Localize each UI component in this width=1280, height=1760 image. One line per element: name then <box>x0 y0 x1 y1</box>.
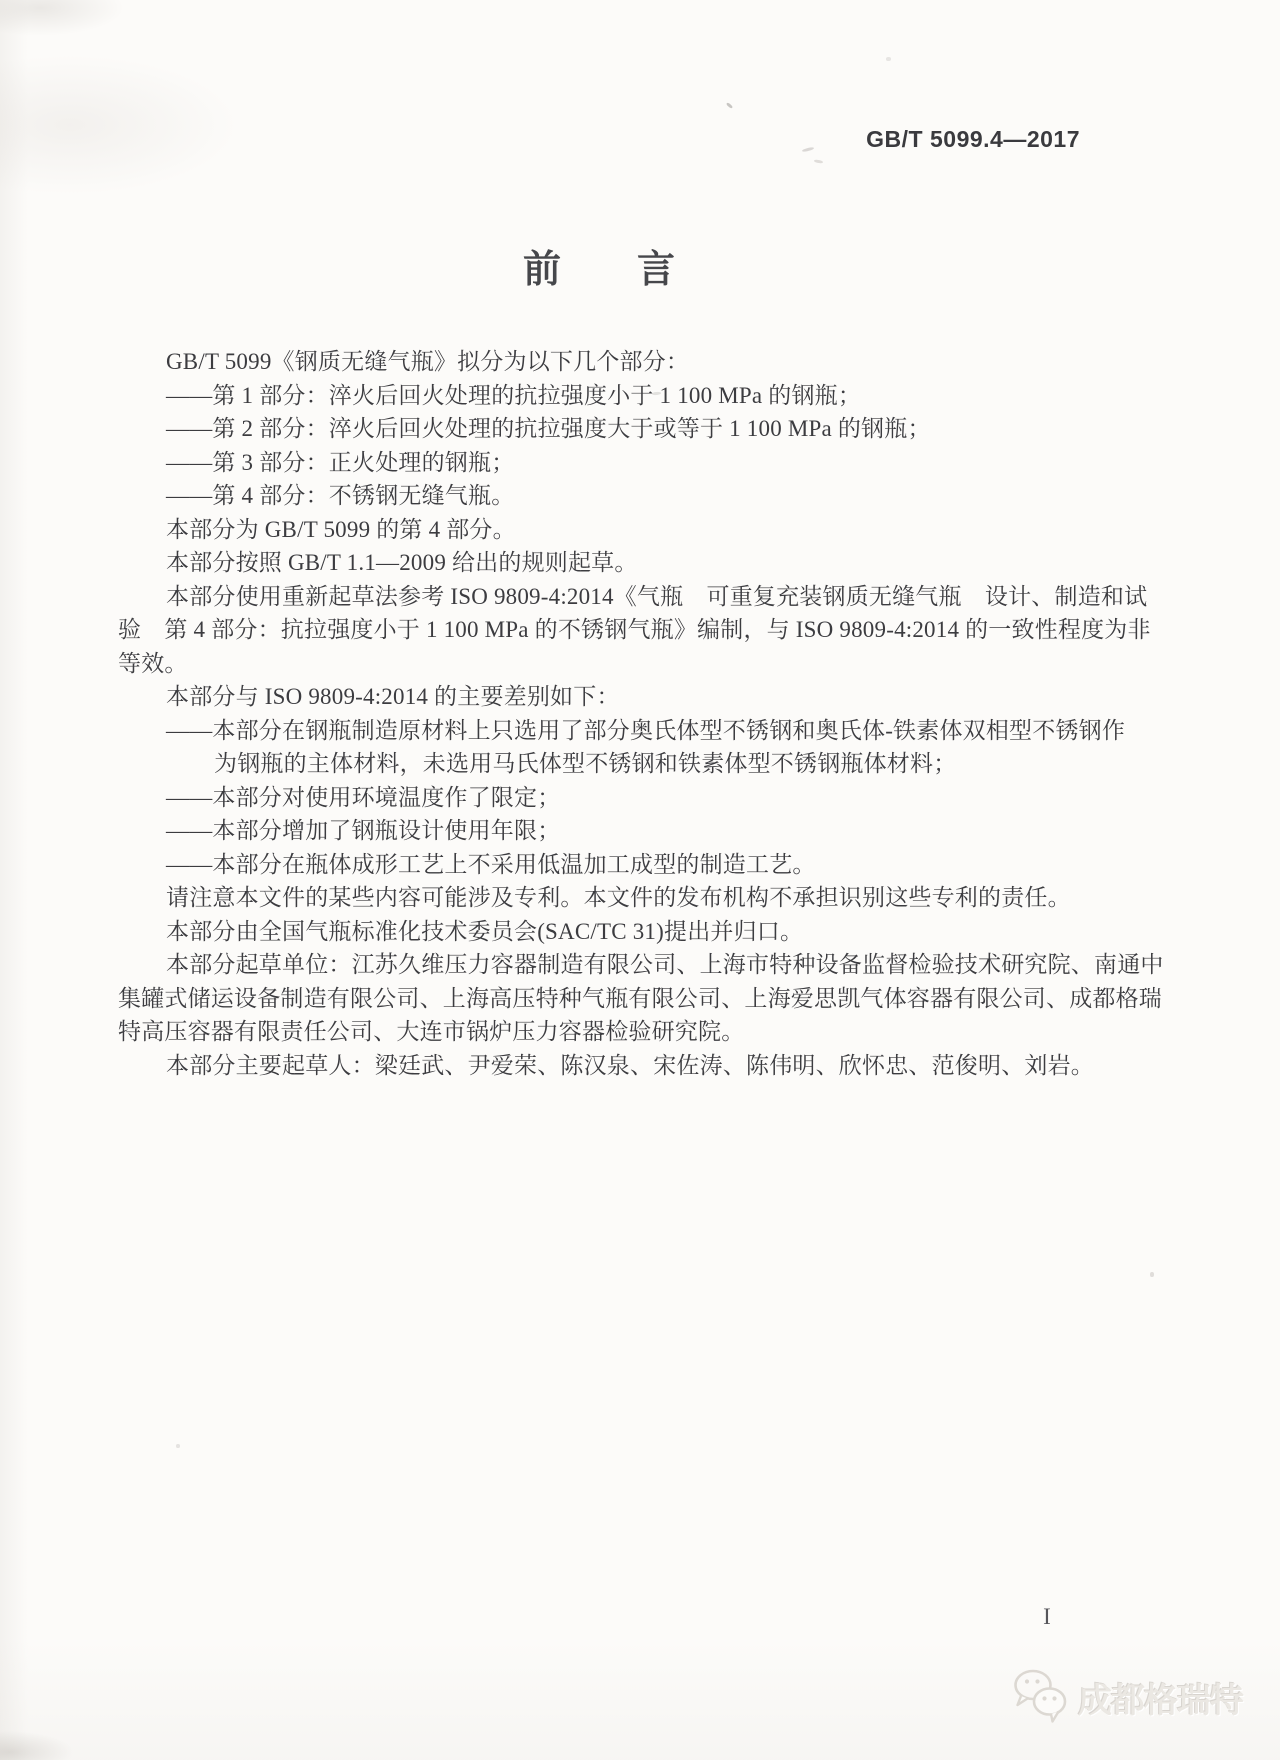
text-line: ——本部分在钢瓶制造原材料上只选用了部分奥氏体型不锈钢和奥氏体-铁素体双相型不锈… <box>118 714 1093 748</box>
text-line: ——第 1 部分：淬火后回火处理的抗拉强度小于 1 100 MPa 的钢瓶； <box>118 379 1093 413</box>
text-line: 等效。 <box>118 647 1093 681</box>
text-line: ——第 3 部分：正火处理的钢瓶； <box>118 446 1093 480</box>
text-line: ——第 4 部分：不锈钢无缝气瓶。 <box>118 479 1093 513</box>
scan-artifact <box>886 57 891 61</box>
wechat-icon <box>1010 1666 1070 1729</box>
text-line: ——第 2 部分：淬火后回火处理的抗拉强度大于或等于 1 100 MPa 的钢瓶… <box>118 412 1093 446</box>
text-line: 集罐式储运设备制造有限公司、上海高压特种气瓶有限公司、上海爱思凯气体容器有限公司… <box>118 982 1093 1016</box>
text-line: ——本部分在瓶体成形工艺上不采用低温加工成型的制造工艺。 <box>118 848 1093 882</box>
page-title: 前 言 <box>0 238 1198 293</box>
text-line: 特高压容器有限责任公司、大连市锅炉压力容器检验研究院。 <box>118 1015 1093 1049</box>
standard-code: GB/T 5099.4—2017 <box>0 126 1080 153</box>
foreword-body: GB/T 5099《钢质无缝气瓶》拟分为以下几个部分：——第 1 部分：淬火后回… <box>118 345 1093 1082</box>
scan-artifact <box>814 159 823 164</box>
text-line: 验 第 4 部分：抗拉强度小于 1 100 MPa 的不锈钢气瓶》编制，与 IS… <box>118 613 1093 647</box>
text-line: 本部分与 ISO 9809-4:2014 的主要差别如下： <box>118 680 1093 714</box>
scan-artifact <box>1150 1272 1154 1277</box>
scan-artifact <box>176 1444 180 1448</box>
text-line: ——本部分对使用环境温度作了限定； <box>118 781 1093 815</box>
text-line: 本部分使用重新起草法参考 ISO 9809-4:2014《气瓶 可重复充装钢质无… <box>118 580 1093 614</box>
scan-artifact <box>726 102 733 109</box>
text-line: ——本部分增加了钢瓶设计使用年限； <box>118 814 1093 848</box>
text-line: 为钢瓶的主体材料，未选用马氏体型不锈钢和铁素体型不锈钢瓶体材料； <box>118 747 1093 781</box>
text-line: GB/T 5099《钢质无缝气瓶》拟分为以下几个部分： <box>118 345 1093 379</box>
scanned-standard-page: GB/T 5099.4—2017 前 言 GB/T 5099《钢质无缝气瓶》拟分… <box>0 0 1280 1760</box>
text-line: 本部分为 GB/T 5099 的第 4 部分。 <box>118 513 1093 547</box>
text-line: 本部分由全国气瓶标准化技术委员会(SAC/TC 31)提出并归口。 <box>118 915 1093 949</box>
text-line: 本部分主要起草人：梁廷武、尹爱荣、陈汉泉、宋佐涛、陈伟明、欣怀忠、范俊明、刘岩。 <box>118 1049 1093 1083</box>
page-number: I <box>1030 1604 1064 1630</box>
text-line: 请注意本文件的某些内容可能涉及专利。本文件的发布机构不承担识别这些专利的责任。 <box>118 881 1093 915</box>
text-line: 本部分按照 GB/T 1.1—2009 给出的规则起草。 <box>118 546 1093 580</box>
watermark-text: 成都格瑞特 <box>1078 1673 1243 1722</box>
watermark: 成都格瑞特 <box>1010 1666 1243 1729</box>
text-line: 本部分起草单位：江苏久维压力容器制造有限公司、上海市特种设备监督检验技术研究院、… <box>118 948 1093 982</box>
